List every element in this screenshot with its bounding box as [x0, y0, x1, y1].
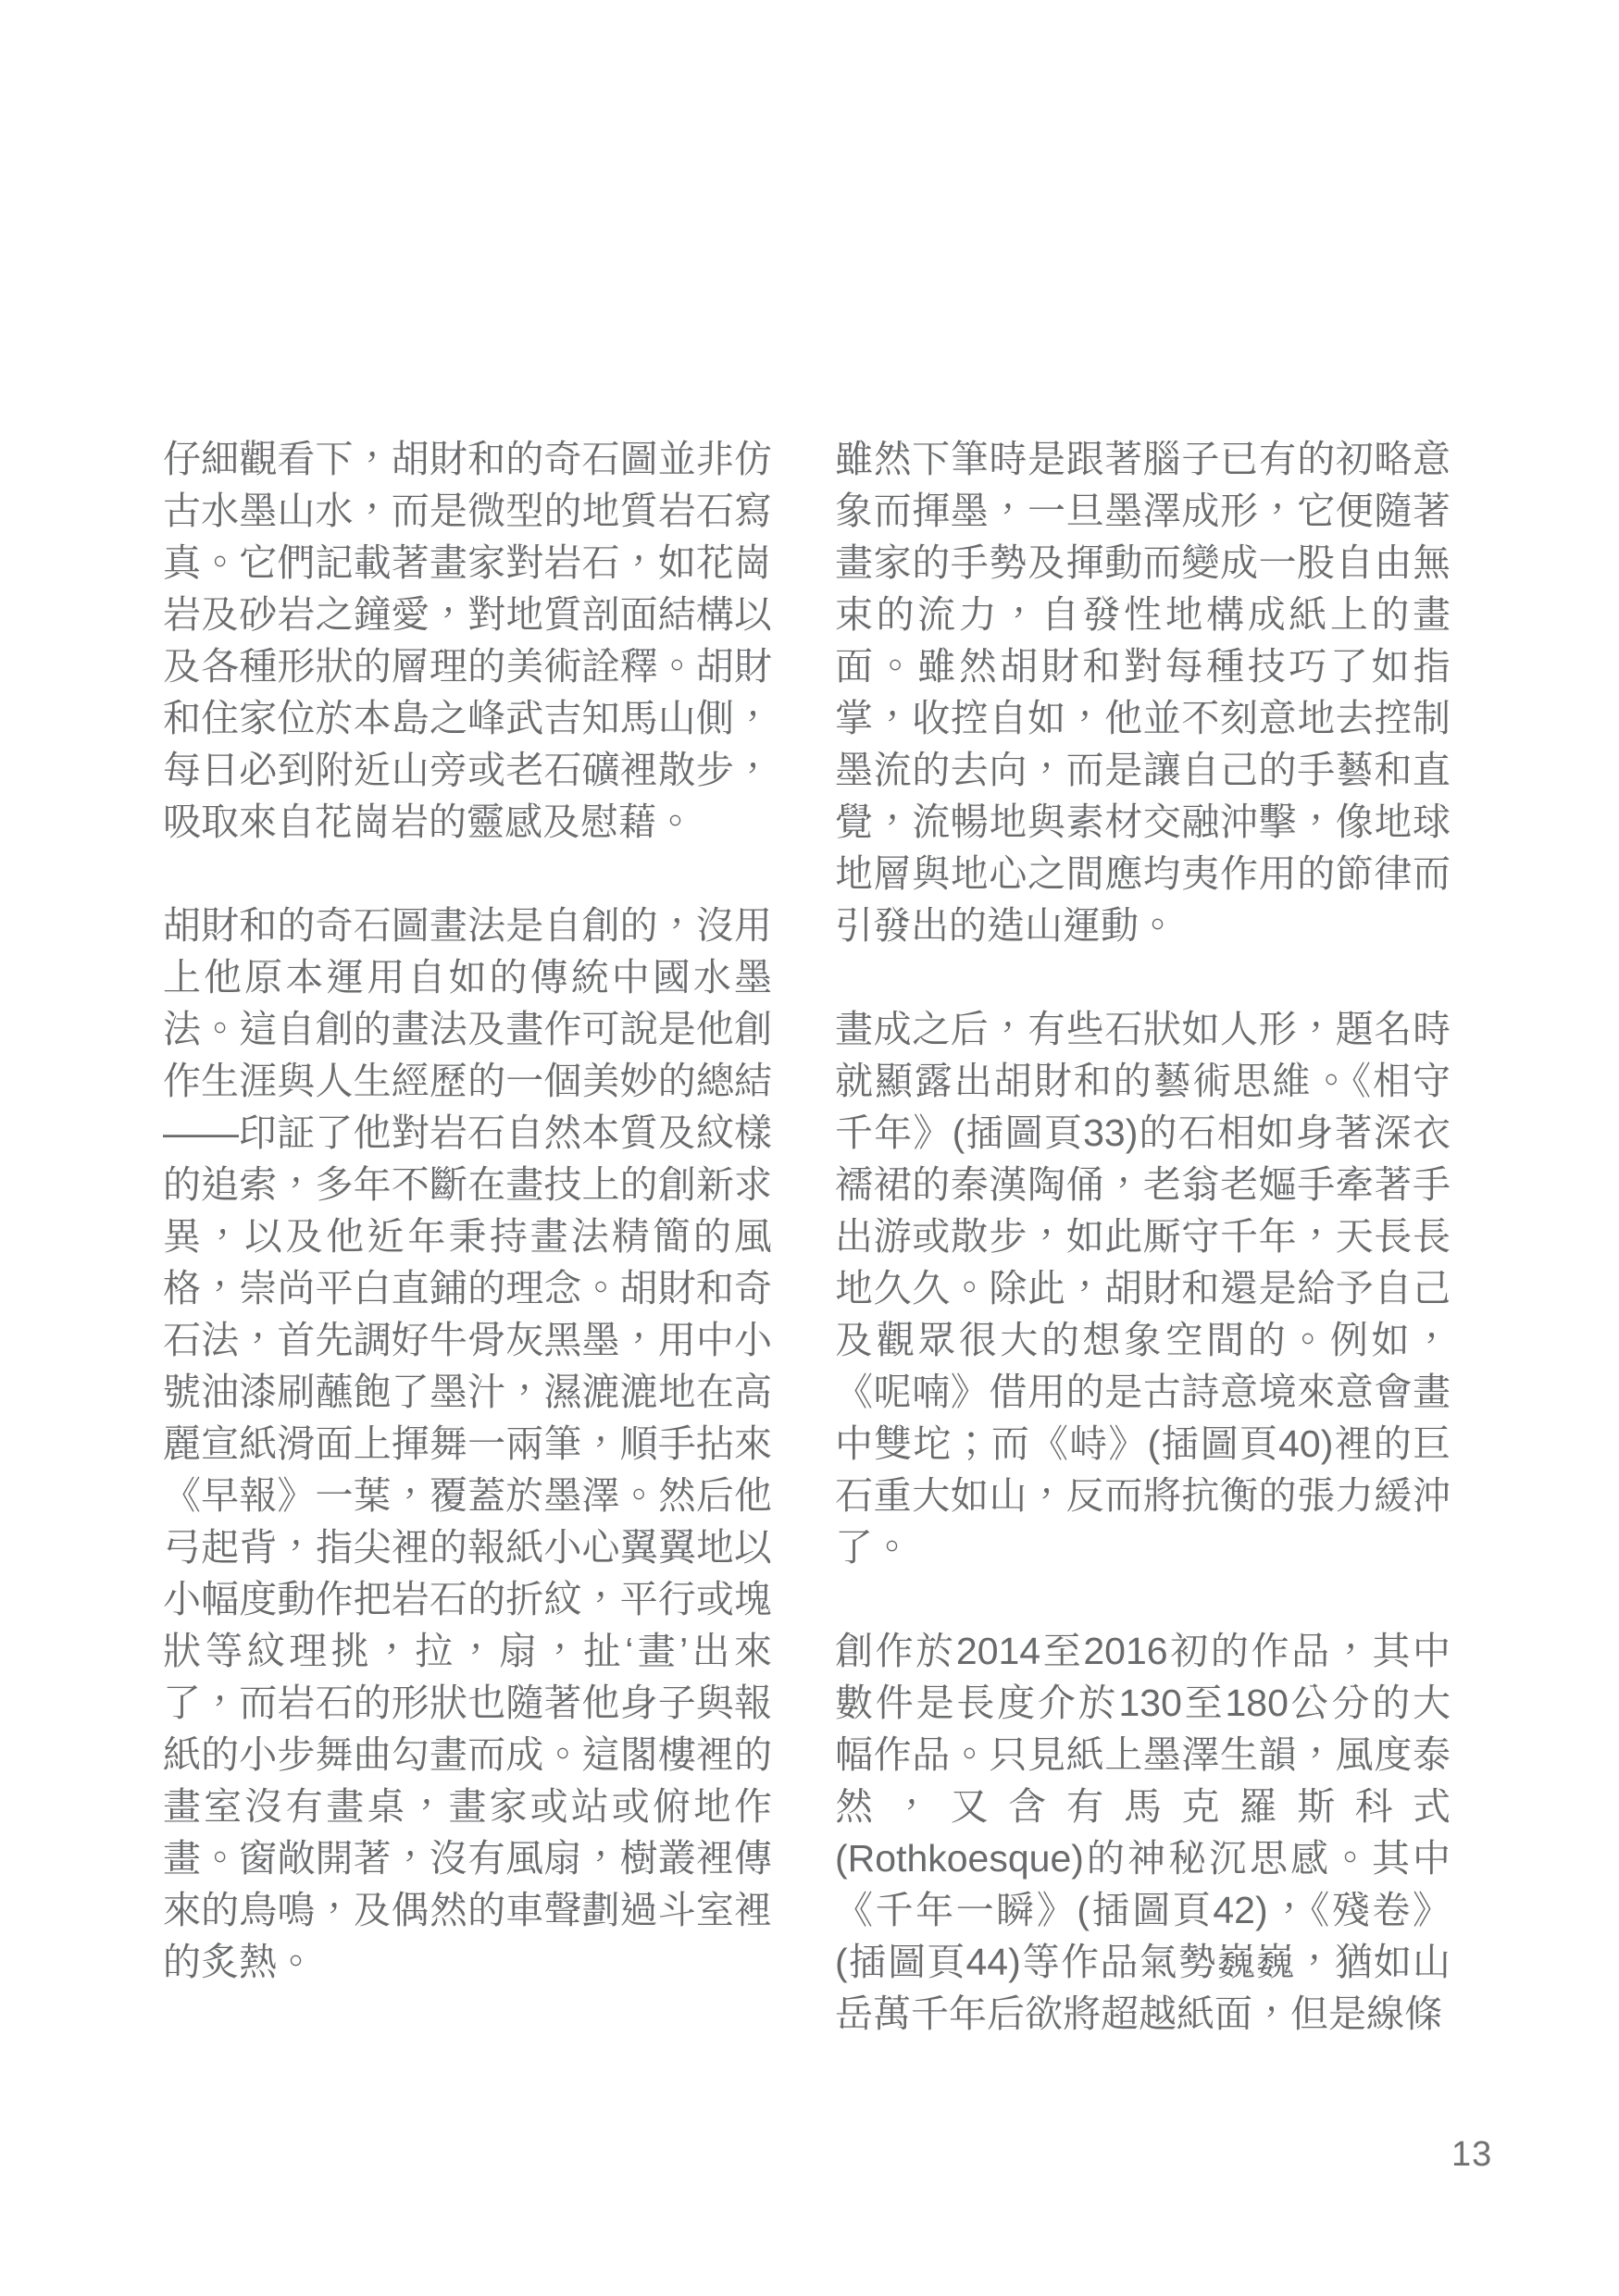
paragraph-left-1: 仔細觀看下，胡財和的奇石圖並非仿古水墨山水，而是微型的地質岩石寫真。它們記載著畫…	[163, 433, 772, 848]
article-column-right: 雖然下筆時是跟著腦子已有的初略意象而揮墨，一旦墨澤成形，它便隨著畫家的手勢及揮動…	[835, 433, 1451, 2091]
paragraph-left-2: 胡財和的奇石圖畫法是自創的，沒用上他原本運用自如的傳統中國水墨法。這自創的畫法及…	[163, 900, 772, 1988]
paragraph-right-3: 創作於2014至2016初的作品，其中數件是長度介於130至180公分的大幅作品…	[835, 1625, 1451, 2040]
paragraph-right-2: 畫成之后，有些石狀如人形，題名時就顯露出胡財和的藝術思維。《相守千年》(插圖頁3…	[835, 1003, 1451, 1573]
page-number: 13	[1451, 2134, 1492, 2175]
paragraph-right-1: 雖然下筆時是跟著腦子已有的初略意象而揮墨，一旦墨澤成形，它便隨著畫家的手勢及揮動…	[835, 433, 1451, 951]
document-page: 仔細觀看下，胡財和的奇石圖並非仿古水墨山水，而是微型的地質岩石寫真。它們記載著畫…	[0, 0, 1619, 2296]
article-column-left: 仔細觀看下，胡財和的奇石圖並非仿古水墨山水，而是微型的地質岩石寫真。它們記載著畫…	[163, 433, 772, 2040]
